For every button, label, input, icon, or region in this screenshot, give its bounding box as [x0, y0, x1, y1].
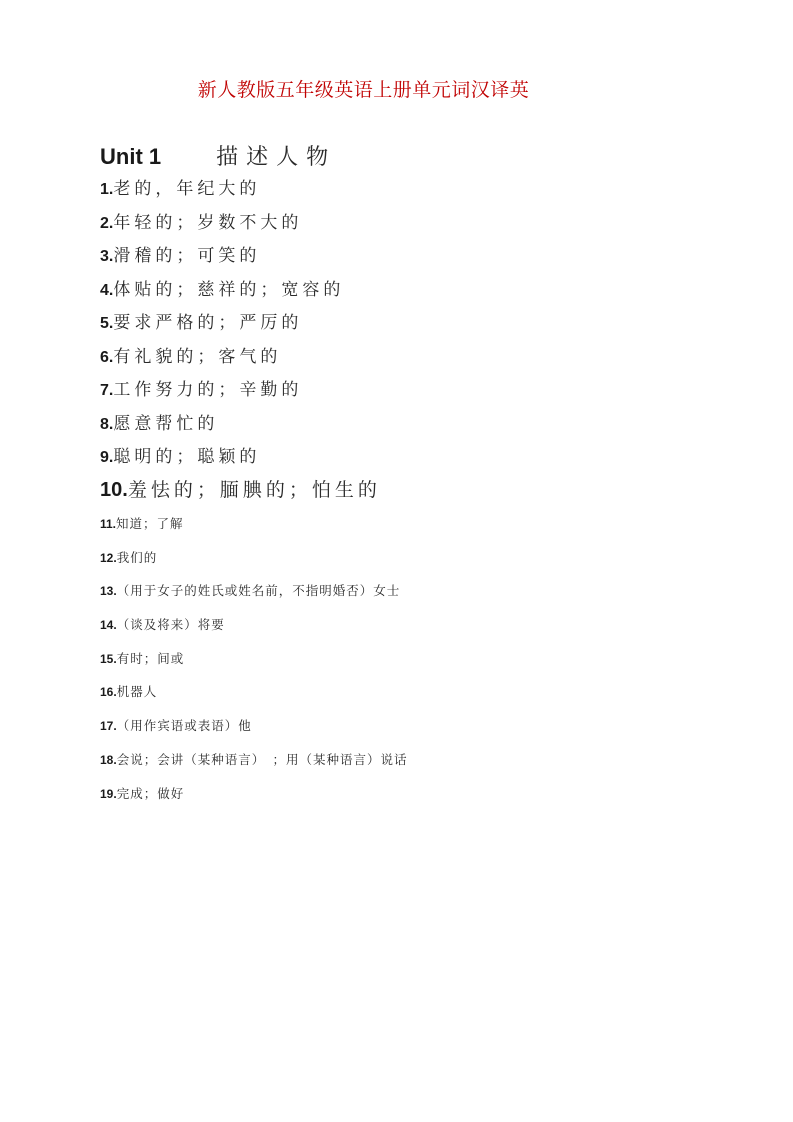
- list-item: 19.完成；做好: [100, 777, 407, 811]
- item-number: 1.: [100, 181, 113, 198]
- item-number: 18.: [100, 753, 117, 767]
- list-item: 7.工作努力的；辛勤的: [100, 373, 381, 407]
- item-number: 8.: [100, 416, 113, 433]
- list-item: 3.滑稽的；可笑的: [100, 239, 381, 273]
- document-title: 新人教版五年级英语上册单元词汉译英: [100, 75, 627, 102]
- item-number: 5.: [100, 315, 113, 332]
- list-item: 16.机器人: [100, 675, 407, 709]
- unit-heading: Unit 1描述人物: [100, 143, 336, 174]
- list-item: 2.年轻的；岁数不大的: [100, 206, 381, 240]
- item-text: 机器人: [117, 685, 158, 699]
- item-text: 知道；了解: [116, 517, 184, 531]
- item-text: 体贴的；慈祥的；宽容的: [113, 280, 344, 299]
- list-item: 9.聪明的；聪颖的: [100, 440, 381, 474]
- item-number: 12.: [100, 551, 117, 565]
- item-text: 有礼貌的；客气的: [113, 347, 281, 366]
- item-number: 15.: [100, 652, 117, 666]
- item-number: 7.: [100, 382, 113, 399]
- item-number: 14.: [100, 618, 117, 632]
- item-text: 老的，年纪大的: [113, 179, 260, 198]
- item-number: 19.: [100, 787, 117, 801]
- list-item: 17.（用作宾语或表语）他: [100, 709, 407, 743]
- list-item: 10.羞怯的；腼腆的；怕生的: [100, 474, 381, 508]
- vocab-list-small: 11.知道；了解 12.我们的 13.（用于女子的姓氏或姓名前，不指明婚否）女士…: [100, 507, 407, 810]
- list-item: 1.老的，年纪大的: [100, 172, 381, 206]
- list-item: 5.要求严格的；严厉的: [100, 306, 381, 340]
- item-number: 9.: [100, 449, 113, 466]
- item-text: （用作宾语或表语）他: [117, 719, 252, 733]
- item-text: 会说；会讲（某种语言） ；用（某种语言）说话: [117, 753, 408, 767]
- list-item: 13.（用于女子的姓氏或姓名前，不指明婚否）女士: [100, 574, 407, 608]
- unit-label: Unit 1: [100, 144, 161, 169]
- item-text: 聪明的；聪颖的: [113, 447, 260, 466]
- item-number: 16.: [100, 685, 117, 699]
- list-item: 15.有时；间或: [100, 642, 407, 676]
- item-number: 4.: [100, 282, 113, 299]
- list-item: 14.（谈及将来）将要: [100, 608, 407, 642]
- list-item: 6.有礼貌的；客气的: [100, 340, 381, 374]
- item-text: 愿意帮忙的: [113, 414, 218, 433]
- item-text: 滑稽的；可笑的: [113, 246, 260, 265]
- item-number: 10.: [100, 479, 128, 501]
- list-item: 8.愿意帮忙的: [100, 407, 381, 441]
- item-text: 年轻的；岁数不大的: [113, 213, 302, 232]
- list-item: 11.知道；了解: [100, 507, 407, 541]
- item-text: （用于女子的姓氏或姓名前，不指明婚否）女士: [117, 584, 401, 598]
- item-text: 工作努力的；辛勤的: [113, 380, 302, 399]
- item-text: 羞怯的；腼腆的；怕生的: [128, 480, 381, 501]
- list-item: 4.体贴的；慈祥的；宽容的: [100, 273, 381, 307]
- item-number: 17.: [100, 719, 117, 733]
- vocab-list-large: 1.老的，年纪大的 2.年轻的；岁数不大的 3.滑稽的；可笑的 4.体贴的；慈祥…: [100, 172, 381, 507]
- unit-topic: 描述人物: [216, 144, 336, 169]
- item-text: 完成；做好: [117, 787, 185, 801]
- list-item: 12.我们的: [100, 541, 407, 575]
- item-number: 11.: [100, 517, 116, 531]
- item-text: 有时；间或: [117, 652, 185, 666]
- item-text: 要求严格的；严厉的: [113, 313, 302, 332]
- item-text: （谈及将来）将要: [117, 618, 225, 632]
- document-page: 新人教版五年级英语上册单元词汉译英 Unit 1描述人物 1.老的，年纪大的 2…: [0, 0, 793, 1122]
- item-number: 6.: [100, 349, 113, 366]
- item-number: 2.: [100, 215, 113, 232]
- item-text: 我们的: [117, 551, 158, 565]
- item-number: 13.: [100, 584, 117, 598]
- item-number: 3.: [100, 248, 113, 265]
- list-item: 18.会说；会讲（某种语言） ；用（某种语言）说话: [100, 743, 407, 777]
